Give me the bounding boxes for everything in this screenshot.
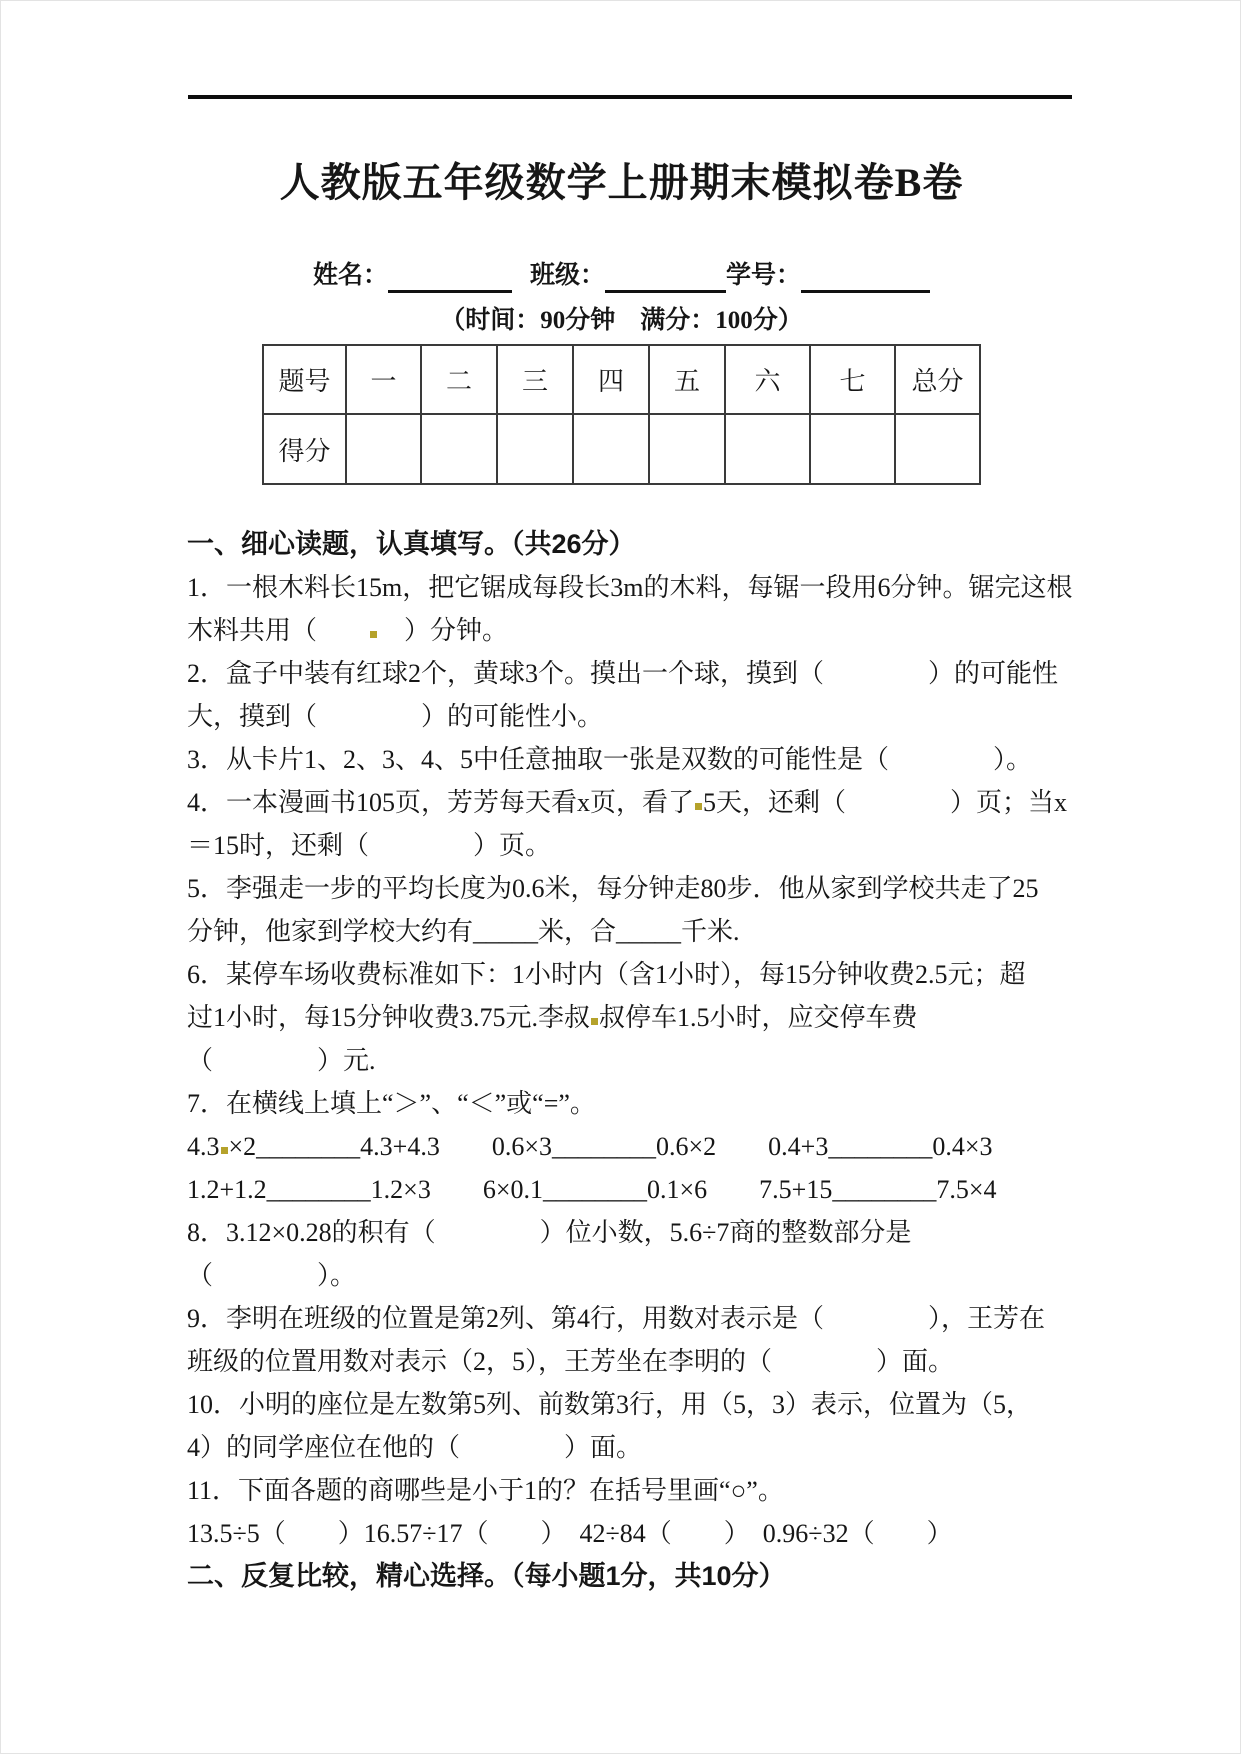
question-line: 过1小时，每15分钟收费3.75元.李叔叔停车1.5小时，应交停车费 [187,996,1097,1039]
question-line: 大，摸到（ ）的可能性小。 [187,695,1097,738]
question-line: 8．3.12×0.28的积有（ ）位小数，5.6÷7商的整数部分是 [187,1211,1097,1254]
score-table-score-cell [896,415,981,485]
question-line: 1.2+1.2________1.2×3 6×0.1________0.1×6 … [187,1168,1097,1211]
line-text: 4）的同学座位在他的（ ）面。 [187,1433,642,1462]
question-line: 6．某停车场收费标准如下：1小时内（含1小时），每15分钟收费2.5元；超 [187,953,1097,996]
exam-paper-page: 人教版五年级数学上册期末模拟卷B卷 姓名：班级：学号： （时间：90分钟 满分：… [0,0,1241,1754]
line-text: ）分钟。 [378,616,508,645]
line-text: ×2________4.3+4.3 0.6×3________0.6×2 0.4… [229,1132,993,1161]
line-text: 叔停车1.5小时，应交停车费 [599,1003,918,1032]
score-table-score-cell: 得分 [264,415,347,485]
question-line: 班级的位置用数对表示（2，5），王芳坐在李明的（ ）面。 [187,1340,1097,1383]
score-table-header-cell: 五 [650,346,726,415]
score-table-header-cell: 二 [422,346,498,415]
question-line: 9．李明在班级的位置是第2列、第4行，用数对表示是（ ），王芳在 [187,1297,1097,1340]
top-rule-divider [188,95,1072,99]
question-line: 3．从卡片1、2、3、4、5中任意抽取一张是双数的可能性是（ ）。 [187,738,1097,781]
student-id-label: 学号： [726,259,801,293]
ink-dot-artifact [370,631,377,638]
score-table-header-cell: 四 [574,346,650,415]
score-table: 题号 一 二 三 四 五 六 七 总分 得分 [262,344,981,485]
question-line: 分钟，他家到学校大约有_____米，合_____千米. [187,910,1097,953]
question-line: 5．李强走一步的平均长度为0.6米，每分钟走80步．他从家到学校共走了25 [187,867,1097,910]
line-text: 过1小时，每15分钟收费3.75元.李叔 [187,1003,590,1032]
line-text: 二、反复比较，精心选择。（每小题1分，共10分） [187,1561,786,1591]
line-text: ＝15时，还剩（ ）页。 [187,831,551,860]
line-text: （ ）元. [187,1046,376,1075]
ink-dot-artifact [591,1018,598,1025]
question-line: （ ）元. [187,1039,1097,1082]
line-text: 班级的位置用数对表示（2，5），王芳坐在李明的（ ）面。 [187,1347,954,1376]
line-text: 9．李明在班级的位置是第2列、第4行，用数对表示是（ ），王芳在 [187,1304,1045,1333]
score-table-header-cell: 题号 [264,346,347,415]
question-line: 4.3×2________4.3+4.3 0.6×3________0.6×2 … [187,1125,1097,1168]
student-info-line: 姓名：班级：学号： [1,253,1241,293]
line-text: 1.2+1.2________1.2×3 6×0.1________0.1×6 … [187,1175,996,1204]
line-text: 2．盒子中装有红球2个，黄球3个。摸出一个球，摸到（ ）的可能性 [187,659,1058,688]
score-table-score-cell [811,415,896,485]
question-line: 13.5÷5（ ）16.57÷17（ ） 42÷84（ ） 0.96÷32（ ） [187,1512,1097,1555]
line-text: 木料共用（ [187,616,369,645]
class-blank [605,260,726,293]
question-line: 2．盒子中装有红球2个，黄球3个。摸出一个球，摸到（ ）的可能性 [187,652,1097,695]
line-text: 4.3 [187,1132,220,1161]
line-text: 分钟，他家到学校大约有_____米，合_____千米. [187,917,740,946]
score-table-score-cell [726,415,811,485]
score-table-score-cell [650,415,726,485]
line-text: 5天，还剩（ ）页；当x [703,788,1067,817]
question-line: 1．一根木料长15m，把它锯成每段长3m的木料，每锯一段用6分钟。锯完这根 [187,566,1097,609]
section-heading: 一、细心读题，认真填写。（共26分） [187,523,1097,566]
line-text: 11．下面各题的商哪些是小于1的？在括号里画“○”。 [187,1476,784,1505]
name-label: 姓名： [313,259,388,293]
page-title: 人教版五年级数学上册期末模拟卷B卷 [1,151,1241,208]
line-text: 3．从卡片1、2、3、4、5中任意抽取一张是双数的可能性是（ ）。 [187,745,1032,774]
section-heading: 二、反复比较，精心选择。（每小题1分，共10分） [187,1555,1097,1598]
score-table-score-cell [498,415,574,485]
line-text: （ ）。 [187,1261,356,1290]
student-id-blank [801,260,930,293]
score-table-header-cell: 一 [347,346,422,415]
line-text: 13.5÷5（ ）16.57÷17（ ） 42÷84（ ） 0.96÷32（ ） [187,1519,953,1548]
time-score-line: （时间：90分钟 满分：100分） [1,300,1241,336]
line-text: 7．在横线上填上“＞”、“＜”或“=”。 [187,1089,596,1118]
question-lines: 一、细心读题，认真填写。（共26分）1．一根木料长15m，把它锯成每段长3m的木… [187,523,1097,1598]
score-table-header-cell: 六 [726,346,811,415]
question-line: 10．小明的座位是左数第5列、前数第3行，用（5，3）表示，位置为（5， [187,1383,1097,1426]
score-table-score-cell [422,415,498,485]
question-line: 4）的同学座位在他的（ ）面。 [187,1426,1097,1469]
question-line: 11．下面各题的商哪些是小于1的？在括号里画“○”。 [187,1469,1097,1512]
score-table-header-cell: 总分 [896,346,981,415]
question-line: 7．在横线上填上“＞”、“＜”或“=”。 [187,1082,1097,1125]
score-table-score-cell [347,415,422,485]
ink-dot-artifact [221,1147,228,1154]
line-text: 10．小明的座位是左数第5列、前数第3行，用（5，3）表示，位置为（5， [187,1390,1032,1419]
line-text: 4．一本漫画书105页，芳芳每天看x页，看了 [187,788,694,817]
name-blank [388,260,512,293]
question-line: （ ）。 [187,1254,1097,1297]
line-text: 1．一根木料长15m，把它锯成每段长3m的木料，每锯一段用6分钟。锯完这根 [187,573,1072,602]
ink-dot-artifact [695,803,702,810]
line-text: 6．某停车场收费标准如下：1小时内（含1小时），每15分钟收费2.5元；超 [187,960,1026,989]
question-line: ＝15时，还剩（ ）页。 [187,824,1097,867]
line-text: 8．3.12×0.28的积有（ ）位小数，5.6÷7商的整数部分是 [187,1218,911,1247]
question-line: 木料共用（ ）分钟。 [187,609,1097,652]
line-text: 5．李强走一步的平均长度为0.6米，每分钟走80步．他从家到学校共走了25 [187,874,1039,903]
line-text: 大，摸到（ ）的可能性小。 [187,702,603,731]
score-table-header-cell: 七 [811,346,896,415]
score-table-header-cell: 三 [498,346,574,415]
class-label: 班级： [530,259,605,293]
score-table-score-cell [574,415,650,485]
question-line: 4．一本漫画书105页，芳芳每天看x页，看了5天，还剩（ ）页；当x [187,781,1097,824]
line-text: 一、细心读题，认真填写。（共26分） [187,529,636,559]
